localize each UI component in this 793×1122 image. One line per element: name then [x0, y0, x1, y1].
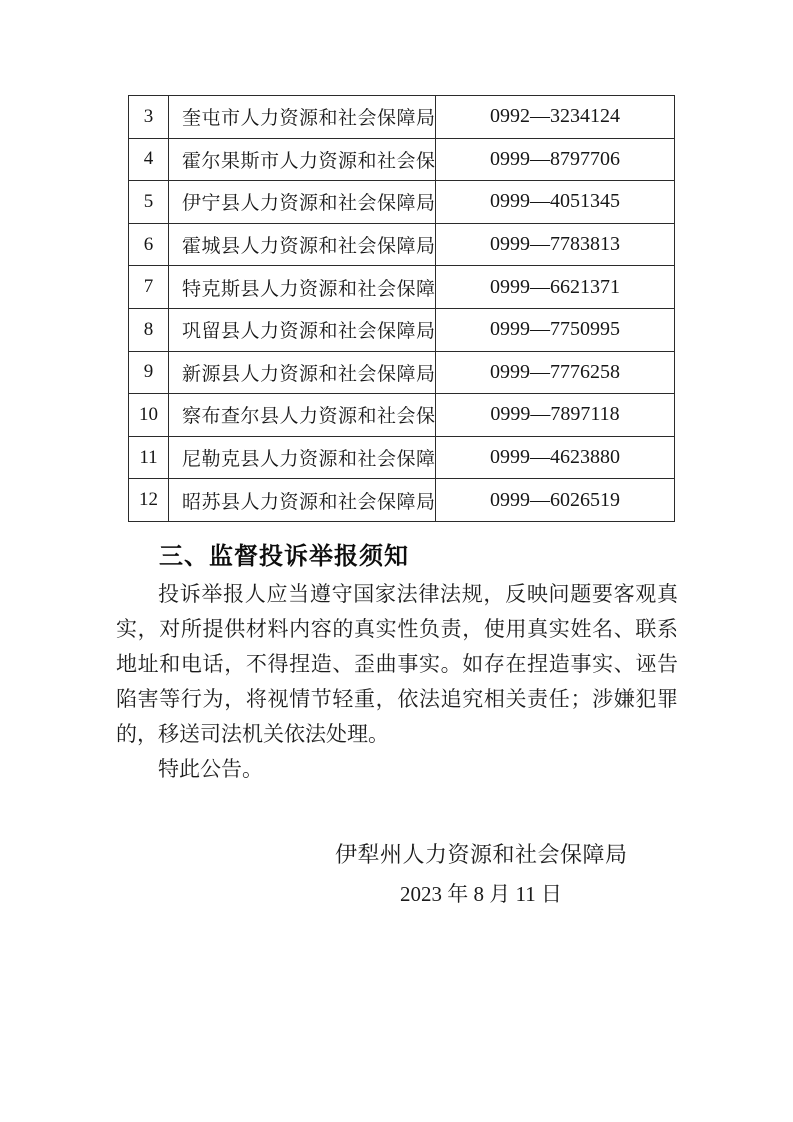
phone-number: 0999—7783813: [436, 223, 675, 266]
signature-org: 伊犁州人力资源和社会保障局: [335, 838, 628, 869]
phone-number: 0999—7776258: [436, 351, 675, 394]
bureau-name: 巩留县人力资源和社会保障局: [169, 308, 436, 351]
paragraph-line: 陷害等行为，将视情节轻重，依法追究相关责任；涉嫌犯罪: [116, 682, 678, 717]
row-number: 7: [129, 266, 169, 309]
bureau-name: 霍尔果斯市人力资源和社会保障局: [169, 138, 436, 181]
notice-paragraph: 投诉举报人应当遵守国家法律法规，反映问题要客观真 实，对所提供材料内容的真实性负…: [116, 577, 678, 787]
table-row: 9 新源县人力资源和社会保障局 0999—7776258: [129, 351, 675, 394]
row-number: 9: [129, 351, 169, 394]
paragraph-line: 实，对所提供材料内容的真实性负责，使用真实姓名、联系: [116, 612, 678, 647]
table-row: 6 霍城县人力资源和社会保障局 0999—7783813: [129, 223, 675, 266]
bureau-name: 霍城县人力资源和社会保障局: [169, 223, 436, 266]
bureau-name: 奎屯市人力资源和社会保障局: [169, 96, 436, 139]
phone-number: 0992—3234124: [436, 96, 675, 139]
bureau-name: 尼勒克县人力资源和社会保障局: [169, 436, 436, 479]
row-number: 10: [129, 394, 169, 437]
row-number: 6: [129, 223, 169, 266]
phone-number: 0999—7897118: [436, 394, 675, 437]
phone-number: 0999—6621371: [436, 266, 675, 309]
bureau-name: 新源县人力资源和社会保障局: [169, 351, 436, 394]
table-row: 4 霍尔果斯市人力资源和社会保障局 0999—8797706: [129, 138, 675, 181]
row-number: 8: [129, 308, 169, 351]
table-row: 11 尼勒克县人力资源和社会保障局 0999—4623880: [129, 436, 675, 479]
paragraph-line: 投诉举报人应当遵守国家法律法规，反映问题要客观真: [116, 577, 678, 612]
table-row: 3 奎屯市人力资源和社会保障局 0992—3234124: [129, 96, 675, 139]
row-number: 12: [129, 479, 169, 522]
table-row: 5 伊宁县人力资源和社会保障局 0999—4051345: [129, 181, 675, 224]
table-row: 7 特克斯县人力资源和社会保障局 0999—6621371: [129, 266, 675, 309]
phone-number: 0999—4051345: [436, 181, 675, 224]
bureau-name: 察布查尔县人力资源和社会保障局: [169, 394, 436, 437]
contact-table-body: 3 奎屯市人力资源和社会保障局 0992—3234124 4 霍尔果斯市人力资源…: [129, 96, 675, 522]
closing-line: 特此公告。: [116, 752, 678, 787]
row-number: 5: [129, 181, 169, 224]
row-number: 4: [129, 138, 169, 181]
phone-number: 0999—4623880: [436, 436, 675, 479]
phone-number: 0999—8797706: [436, 138, 675, 181]
section-heading: 三、监督投诉举报须知: [159, 536, 409, 571]
table-row: 8 巩留县人力资源和社会保障局 0999—7750995: [129, 308, 675, 351]
bureau-name: 伊宁县人力资源和社会保障局: [169, 181, 436, 224]
row-number: 3: [129, 96, 169, 139]
bureau-name: 特克斯县人力资源和社会保障局: [169, 266, 436, 309]
table-row: 10 察布查尔县人力资源和社会保障局 0999—7897118: [129, 394, 675, 437]
contact-table: 3 奎屯市人力资源和社会保障局 0992—3234124 4 霍尔果斯市人力资源…: [128, 95, 675, 522]
phone-number: 0999—7750995: [436, 308, 675, 351]
paragraph-line: 的，移送司法机关依法处理。: [116, 717, 678, 752]
row-number: 11: [129, 436, 169, 479]
bureau-name: 昭苏县人力资源和社会保障局: [169, 479, 436, 522]
paragraph-line: 地址和电话，不得捏造、歪曲事实。如存在捏造事实、诬告: [116, 647, 678, 682]
table-row: 12 昭苏县人力资源和社会保障局 0999—6026519: [129, 479, 675, 522]
document-page: 3 奎屯市人力资源和社会保障局 0992—3234124 4 霍尔果斯市人力资源…: [0, 0, 793, 1122]
phone-number: 0999—6026519: [436, 479, 675, 522]
signature-date: 2023 年 8 月 11 日: [400, 878, 562, 908]
